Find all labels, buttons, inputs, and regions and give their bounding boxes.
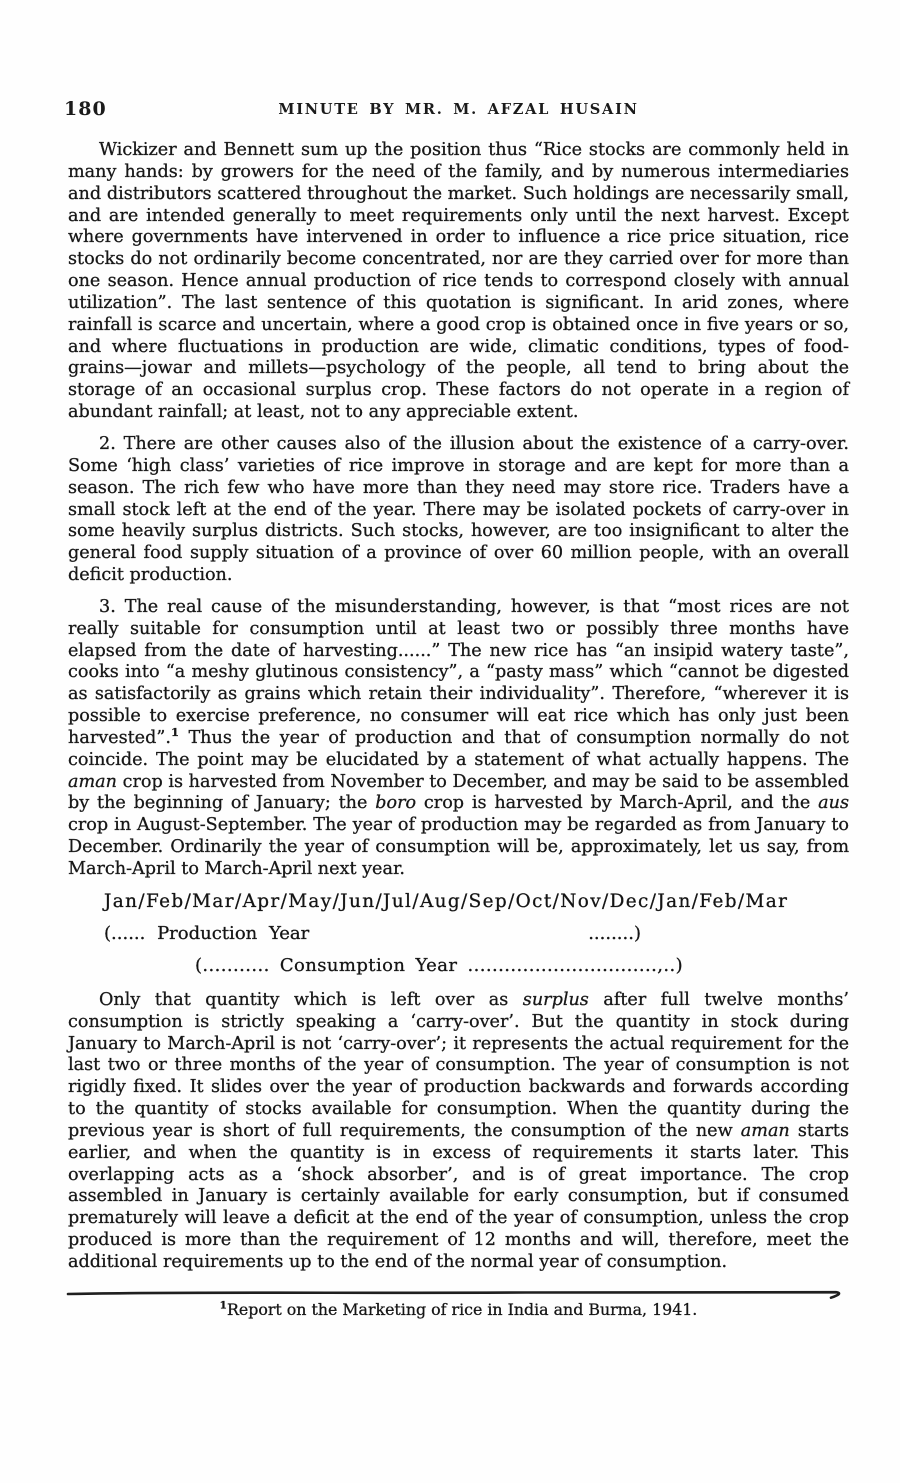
footnote-divider-line — [66, 1287, 849, 1299]
running-header: MINUTE BY MR. M. AFZAL HUSAIN — [68, 101, 849, 118]
footnote: 1Report on the Marketing of rice in Indi… — [68, 1300, 849, 1319]
paragraph-4-text-c: starts earlier, and when the quantity is… — [68, 1121, 849, 1272]
footnote-divider — [66, 1284, 849, 1296]
book-page: 180 MINUTE BY MR. M. AFZAL HUSAIN Wickiz… — [0, 0, 900, 1483]
paragraph-3-text-e: crop in August-September. The year of pr… — [68, 815, 849, 879]
paragraph-intro: Wickizer and Bennett sum up the position… — [68, 140, 849, 424]
term-aman-2: aman — [741, 1121, 790, 1141]
paragraph-4: Only that quantity which is left over as… — [68, 990, 849, 1274]
month-scale-line: Jan/Feb/Mar/Apr/May/Jun/Jul/Aug/Sep/Oct/… — [68, 891, 849, 912]
term-aus: aus — [818, 793, 849, 813]
crop-year-diagram: Jan/Feb/Mar/Apr/May/Jun/Jul/Aug/Sep/Oct/… — [68, 891, 849, 976]
footnote-marker: 1 — [220, 1300, 227, 1312]
footnote-ref-1: 1 — [171, 725, 179, 739]
paragraph-3-text-d: crop is harvested by March-April, and th… — [416, 793, 818, 813]
paragraph-2: 2. There are other causes also of the il… — [68, 434, 849, 587]
paragraph-4-text-a: Only that quantity which is left over as — [99, 990, 523, 1010]
footnote-text: Report on the Marketing of rice in India… — [227, 1300, 697, 1319]
paragraph-3: 3. The real cause of the misunderstandin… — [68, 597, 849, 881]
page-header: 180 MINUTE BY MR. M. AFZAL HUSAIN — [68, 98, 849, 124]
consumption-year-line: (........... Consumption Year ..........… — [195, 955, 849, 976]
term-boro: boro — [375, 793, 416, 813]
term-surplus: surplus — [523, 990, 589, 1010]
production-year-open: (...... Production Year — [104, 923, 309, 944]
term-aman: aman — [68, 772, 117, 792]
paragraph-3-text-b: Thus the year of production and that of … — [68, 728, 849, 770]
paragraph-3-text-a: 3. The real cause of the misunderstandin… — [68, 597, 849, 748]
text-block: 180 MINUTE BY MR. M. AFZAL HUSAIN Wickiz… — [68, 98, 849, 1319]
production-year-line: (...... Production Year ........) — [104, 923, 641, 944]
production-year-close: ........) — [588, 923, 641, 944]
paragraph-4-text-b: after full twelve months’ consumption is… — [68, 990, 849, 1141]
